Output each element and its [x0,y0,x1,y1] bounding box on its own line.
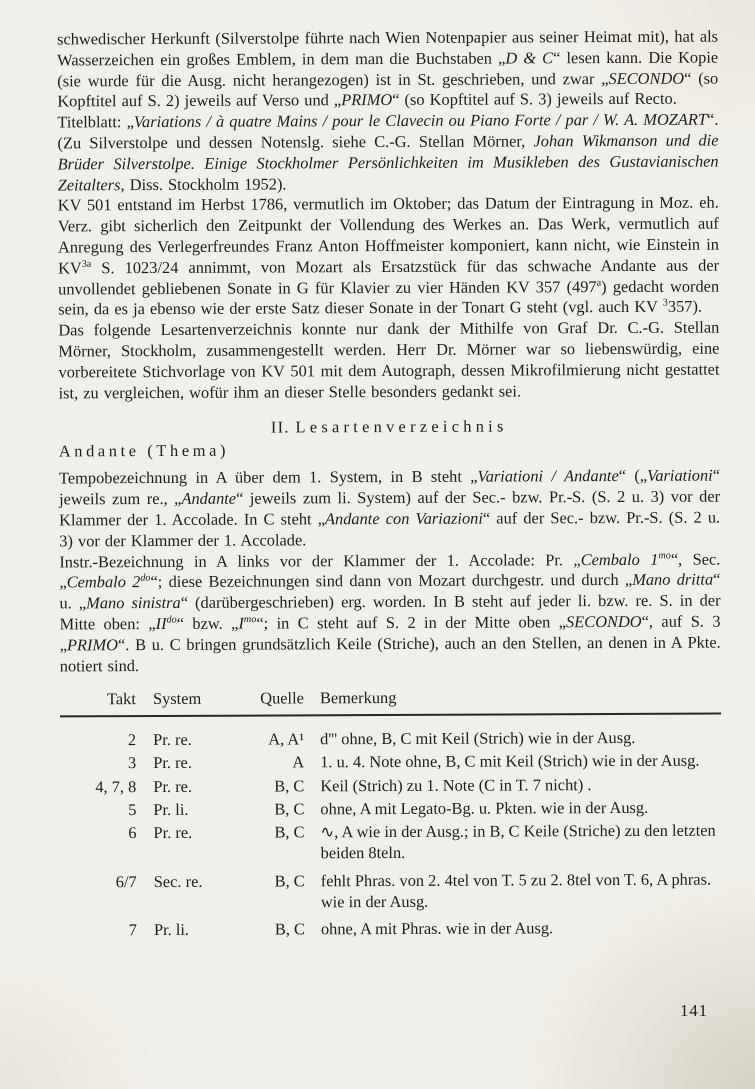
section-heading-number: II. [271,418,290,437]
page-number: 141 [680,1001,708,1021]
takt-cell: 2 [60,730,136,751]
takt-cell: 4, 7, 8 [60,777,136,798]
system-cell: Pr. re. [136,776,246,797]
system-cell: Pr. re. [136,823,246,865]
takt-cell: 5 [60,800,136,821]
lesarten-table: Takt System Quelle Bemerkung 2 Pr. re. A… [60,687,722,942]
table-row: 5 Pr. li. B, C ohne, A mit Legato-Bg. u.… [60,798,721,822]
page-content: schwedischer Herkunft (Silverstolpe führ… [57,27,722,945]
quelle-cell: B, C [247,920,305,941]
scanned-book-page: schwedischer Herkunft (Silverstolpe führ… [0,0,755,1089]
table-row: 6/7 Sec. re. B, C fehlt Phras. von 2. 4t… [61,869,722,913]
column-header-takt: Takt [60,689,136,710]
bemerkung-cell: Keil (Strich) zu 1. Note (C in T. 7 nich… [304,774,721,797]
takt-cell: 6 [60,823,136,865]
paragraph-watermark-copy: schwedischer Herkunft (Silverstolpe führ… [57,27,718,113]
quelle-cell: B, C [246,799,304,820]
table-row: 6 Pr. re. B, C ∿, A wie in der Ausg.; in… [60,821,721,865]
table-row: 4, 7, 8 Pr. re. B, C Keil (Strich) zu 1.… [60,774,721,798]
section-heading-title: Lesartenverzeichnis [295,417,507,437]
table-header-row: Takt System Quelle Bemerkung [60,687,721,711]
table-header-rule [60,713,721,718]
paragraph-instr-bezeichnung: Instr.-Bezeichnung in A links vor der Kl… [59,549,721,677]
quelle-cell: B, C [246,823,304,865]
paragraph-danksagung: Das folgende Lesartenverzeichnis konnte … [58,318,719,404]
table-row: 2 Pr. re. A, A¹ d''' ohne, B, C mit Keil… [60,728,721,752]
section-heading: II.Lesartenverzeichnis [59,415,720,439]
system-cell: Pr. re. [136,730,246,751]
column-header-system: System [136,689,246,710]
bemerkung-cell: fehlt Phras. von 2. 4tel von T. 5 zu 2. … [305,869,722,912]
takt-cell: 3 [60,754,136,775]
bemerkung-cell: d''' ohne, B, C mit Keil (Strich) wie in… [304,728,721,751]
takt-cell: 7 [61,921,137,942]
column-header-bemerkung: Bemerkung [304,687,721,710]
quelle-cell: B, C [246,776,304,797]
system-cell: Pr. re. [136,753,246,774]
system-cell: Sec. re. [137,872,247,914]
table-row: 3 Pr. re. A 1. u. 4. Note ohne, B, C mit… [60,751,721,775]
paragraph-tempobezeichnung: Tempobezeichnung in A über dem 1. System… [59,466,720,552]
system-cell: Pr. li. [136,800,246,821]
column-header-quelle: Quelle [246,689,304,710]
takt-cell: 6/7 [61,872,137,914]
bemerkung-cell: ohne, A mit Phras. wie in der Ausg. [305,918,722,941]
subsection-heading-andante-thema: Andante (Thema) [59,438,720,462]
paragraph-titelblatt: Titelblatt: „Variations / à quatre Mains… [57,110,718,196]
bemerkung-cell: 1. u. 4. Note ohne, B, C mit Keil (Stric… [304,751,721,774]
bemerkung-cell: ohne, A mit Legato-Bg. u. Pkten. wie in … [304,798,721,821]
quelle-cell: B, C [247,871,305,913]
quelle-cell: A, A¹ [246,729,304,750]
bemerkung-cell: ∿, A wie in der Ausg.; in B, C Keile (St… [304,821,721,864]
system-cell: Pr. li. [137,920,247,941]
quelle-cell: A [246,753,304,774]
paragraph-kv501-entstehung: KV 501 entstand im Herbst 1786, vermutli… [58,193,720,321]
table-row: 7 Pr. li. B, C ohne, A mit Phras. wie in… [61,918,722,942]
